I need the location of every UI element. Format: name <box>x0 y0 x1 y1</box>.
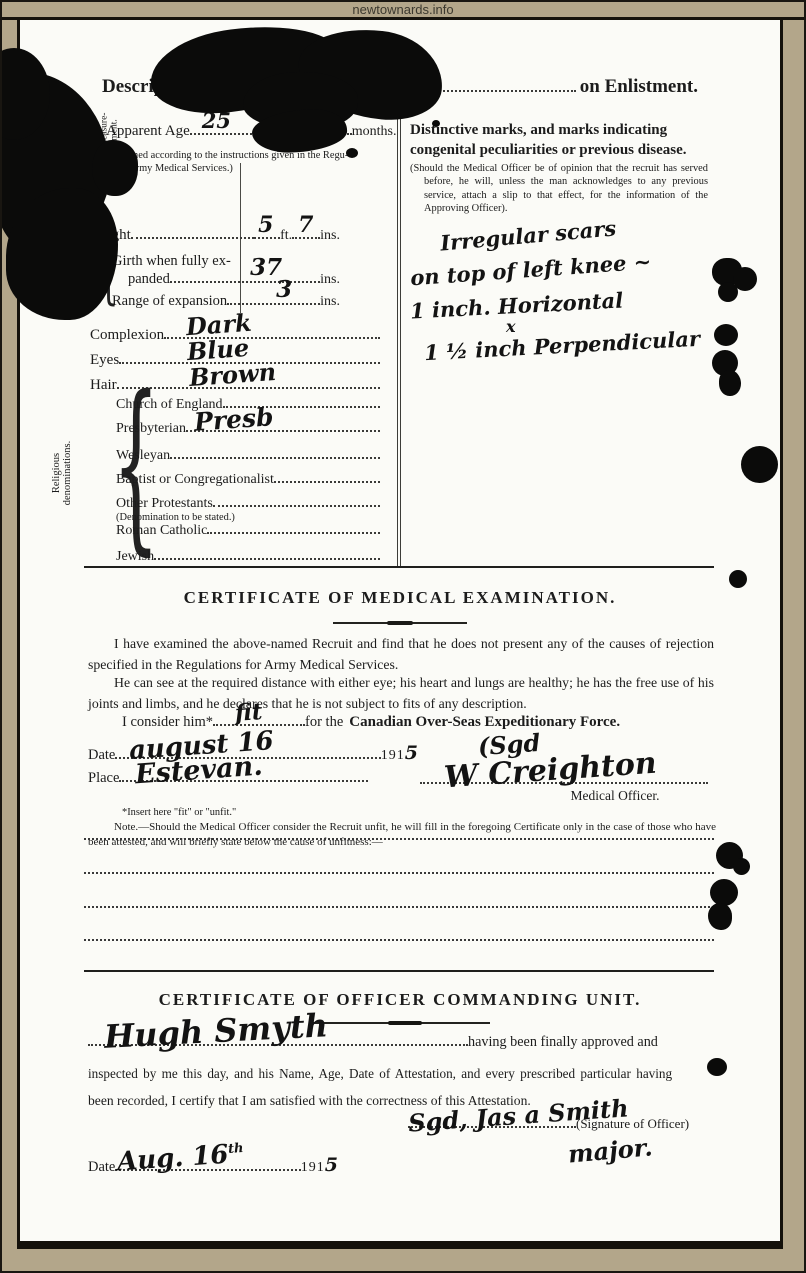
height-ft-value: 5 <box>258 212 273 238</box>
officer-date-line: Aug. 16th <box>115 1169 300 1171</box>
religion-label-text: Baptist or Congregationalist <box>116 472 274 488</box>
religion-line <box>213 505 380 507</box>
marks-handwritten-line1: Irregular scars <box>439 215 617 255</box>
ink-blot <box>719 370 741 396</box>
section-rule <box>84 566 714 568</box>
medical-paragraph-1: I have examined the above-named Recruit … <box>88 634 714 675</box>
officer-signature-line: Sgd, Jas a Smith <box>408 1126 576 1128</box>
officer-body-line2: inspected by me this day, and his Name, … <box>88 1066 716 1082</box>
medical-title-divider <box>88 622 712 624</box>
medical-officer-label: Medical Officer. <box>520 788 710 804</box>
medical-place-line: Estevan. <box>119 780 368 782</box>
ink-blot <box>733 858 750 875</box>
girth-unit: ins. <box>320 272 340 288</box>
apparent-age-note: ermined according to the instructions gi… <box>114 149 406 176</box>
officer-date-row: Date Aug. 16th 1915 <box>88 1154 338 1176</box>
range-label: Range of expansion <box>112 293 227 310</box>
blank-line <box>84 838 714 840</box>
officer-body-line1: having been finally approved and <box>468 1034 658 1051</box>
religion-row-wesleyan: Wesleyan <box>116 448 380 464</box>
fit-footnote: *Insert here "fit" or "unfit." <box>122 806 236 819</box>
officer-name-line: Hugh Smyth <box>88 1044 468 1046</box>
officer-certificate-title: CERTIFICATE OF OFFICER COMMANDING UNIT. <box>88 990 712 1010</box>
religion-line <box>274 481 380 483</box>
officer-name-handwritten: Hugh Smyth <box>103 1006 329 1056</box>
officer-year-value: 5 <box>325 1154 338 1176</box>
height-ft-line: 5 <box>254 237 280 239</box>
ink-blot <box>707 1058 727 1076</box>
column-divider <box>397 115 401 568</box>
ink-blot <box>718 282 738 302</box>
religion-row-jewish: Jewish <box>116 549 380 565</box>
marks-handwritten-line3: 1 inch. Horizontal <box>409 287 623 323</box>
ink-blot <box>714 324 738 346</box>
religion-label-text: Presbyterian <box>116 421 186 437</box>
consider-label: I consider him* <box>122 714 213 731</box>
range-row: Range of expansion 3 ins. <box>112 293 340 310</box>
apparent-age-line: 25 <box>190 133 260 135</box>
religion-row-baptist: Baptist or Congregationalist <box>116 472 380 488</box>
force-name: Canadian Over-Seas Expeditionary Force. <box>349 714 620 731</box>
officer-date-superscript: th <box>228 1141 244 1157</box>
document: Descrip Smyth - on Enlistment. Apparent … <box>17 20 783 1249</box>
medical-place-row: Place Estevan. <box>88 770 368 787</box>
distinctive-marks-note: (Should the Medical Officer be of opinio… <box>410 162 708 215</box>
height-in-line: 7 <box>292 237 320 239</box>
religion-line <box>207 532 380 534</box>
religion-label-text: Wesleyan <box>116 448 170 464</box>
religion-row-other-protestants: Other Protestants <box>116 496 380 512</box>
blank-line <box>84 939 714 941</box>
height-ft-label: ft. <box>280 228 292 244</box>
site-banner: newtownards.info <box>2 2 804 20</box>
religion-label: Religious denominations. <box>51 413 73 533</box>
religion-line: Presb <box>186 430 380 432</box>
religion-line <box>170 457 380 459</box>
site-banner-text: newtownards.info <box>352 2 453 17</box>
religion-row-presbyterian: Presbyterian Presb <box>116 421 380 437</box>
girth-label-line1: Girth when fully ex- <box>112 253 231 270</box>
officer-name-row: Hugh Smyth having been finally approved … <box>88 1034 714 1051</box>
religion-label-text: Other Protestants <box>116 496 213 512</box>
girth-leader: 37 <box>170 281 320 283</box>
medical-date-label: Date <box>88 747 115 764</box>
ink-blot <box>729 570 747 588</box>
ink-blot <box>708 903 732 930</box>
marks-handwritten-line4: x <box>506 317 516 336</box>
complexion-label: Complexion <box>90 327 164 344</box>
ink-blot <box>92 140 138 196</box>
height-in-label: ins. <box>320 228 340 244</box>
distinctive-marks-heading: Distinctive marks, and marks indicating … <box>410 121 710 160</box>
officer-year-printed: 191 <box>301 1160 325 1176</box>
ink-speck <box>432 120 440 127</box>
religion-line <box>154 558 380 560</box>
height-leader <box>131 237 254 239</box>
ink-blot <box>710 879 738 906</box>
girth-label-line2: panded <box>128 271 170 288</box>
range-unit: ins. <box>320 294 340 310</box>
consider-suffix: for the <box>305 714 343 731</box>
blank-line <box>84 872 714 874</box>
medical-year-value: 5 <box>405 742 418 764</box>
medical-place-label: Place <box>88 770 119 787</box>
range-leader: 3 <box>227 303 320 305</box>
officer-date-value: Aug. 16th <box>116 1139 245 1178</box>
religion-label-text: Jewish <box>116 549 154 565</box>
ink-speck <box>346 148 358 158</box>
section-rule <box>84 970 714 972</box>
ink-blot <box>741 446 778 483</box>
title-right: on Enlistment. <box>580 76 698 98</box>
officer-date-label: Date <box>88 1159 115 1176</box>
apparent-age-note-line1: ermined according to the instructions gi… <box>114 149 406 162</box>
religion-label-text: Roman Catholic <box>116 523 207 539</box>
medical-paragraph-2: He can see at the required distance with… <box>88 673 714 714</box>
medical-note: Note.—Should the Medical Officer conside… <box>88 820 716 850</box>
consider-line: fit <box>213 724 305 726</box>
religion-row-roman-catholic: Roman Catholic <box>116 523 380 539</box>
range-value: 3 <box>276 276 292 303</box>
girth-row: panded 37 ins. <box>128 271 340 288</box>
hair-value: Brown <box>188 357 277 392</box>
religion-label-line1: Religious <box>51 413 62 533</box>
religion-value-handwritten: Presb <box>193 402 274 436</box>
medical-signature-line: W Creighton <box>420 758 708 784</box>
officer-signature-row: Sgd, Jas a Smith (Signature of Officer) <box>408 1116 714 1132</box>
consider-row: I consider him* fit for the Canadian Ove… <box>122 714 642 731</box>
blank-line <box>84 906 714 908</box>
apparent-age-note-line2: for Army Medical Services.) <box>114 162 406 175</box>
page: newtownards.info Descrip Smyth - on Enli… <box>0 0 806 1273</box>
religion-label-line2: denominations. <box>62 413 73 533</box>
consider-value-handwritten: fit <box>234 698 263 727</box>
medical-year-printed: 191 <box>381 748 405 764</box>
marks-handwritten-line5: 1 ½ inch Perpendicular <box>424 326 701 365</box>
height-in-value: 7 <box>298 212 313 238</box>
officer-rank-handwritten: major. <box>567 1132 654 1168</box>
height-row: Height 5 ft. 7 ins. <box>90 227 340 244</box>
description-section: Apparent Age 25 5 months. ermined accord… <box>88 115 712 568</box>
months-label: months. <box>352 124 397 140</box>
medical-certificate-title: CERTIFICATE OF MEDICAL EXAMINATION. <box>88 588 712 608</box>
